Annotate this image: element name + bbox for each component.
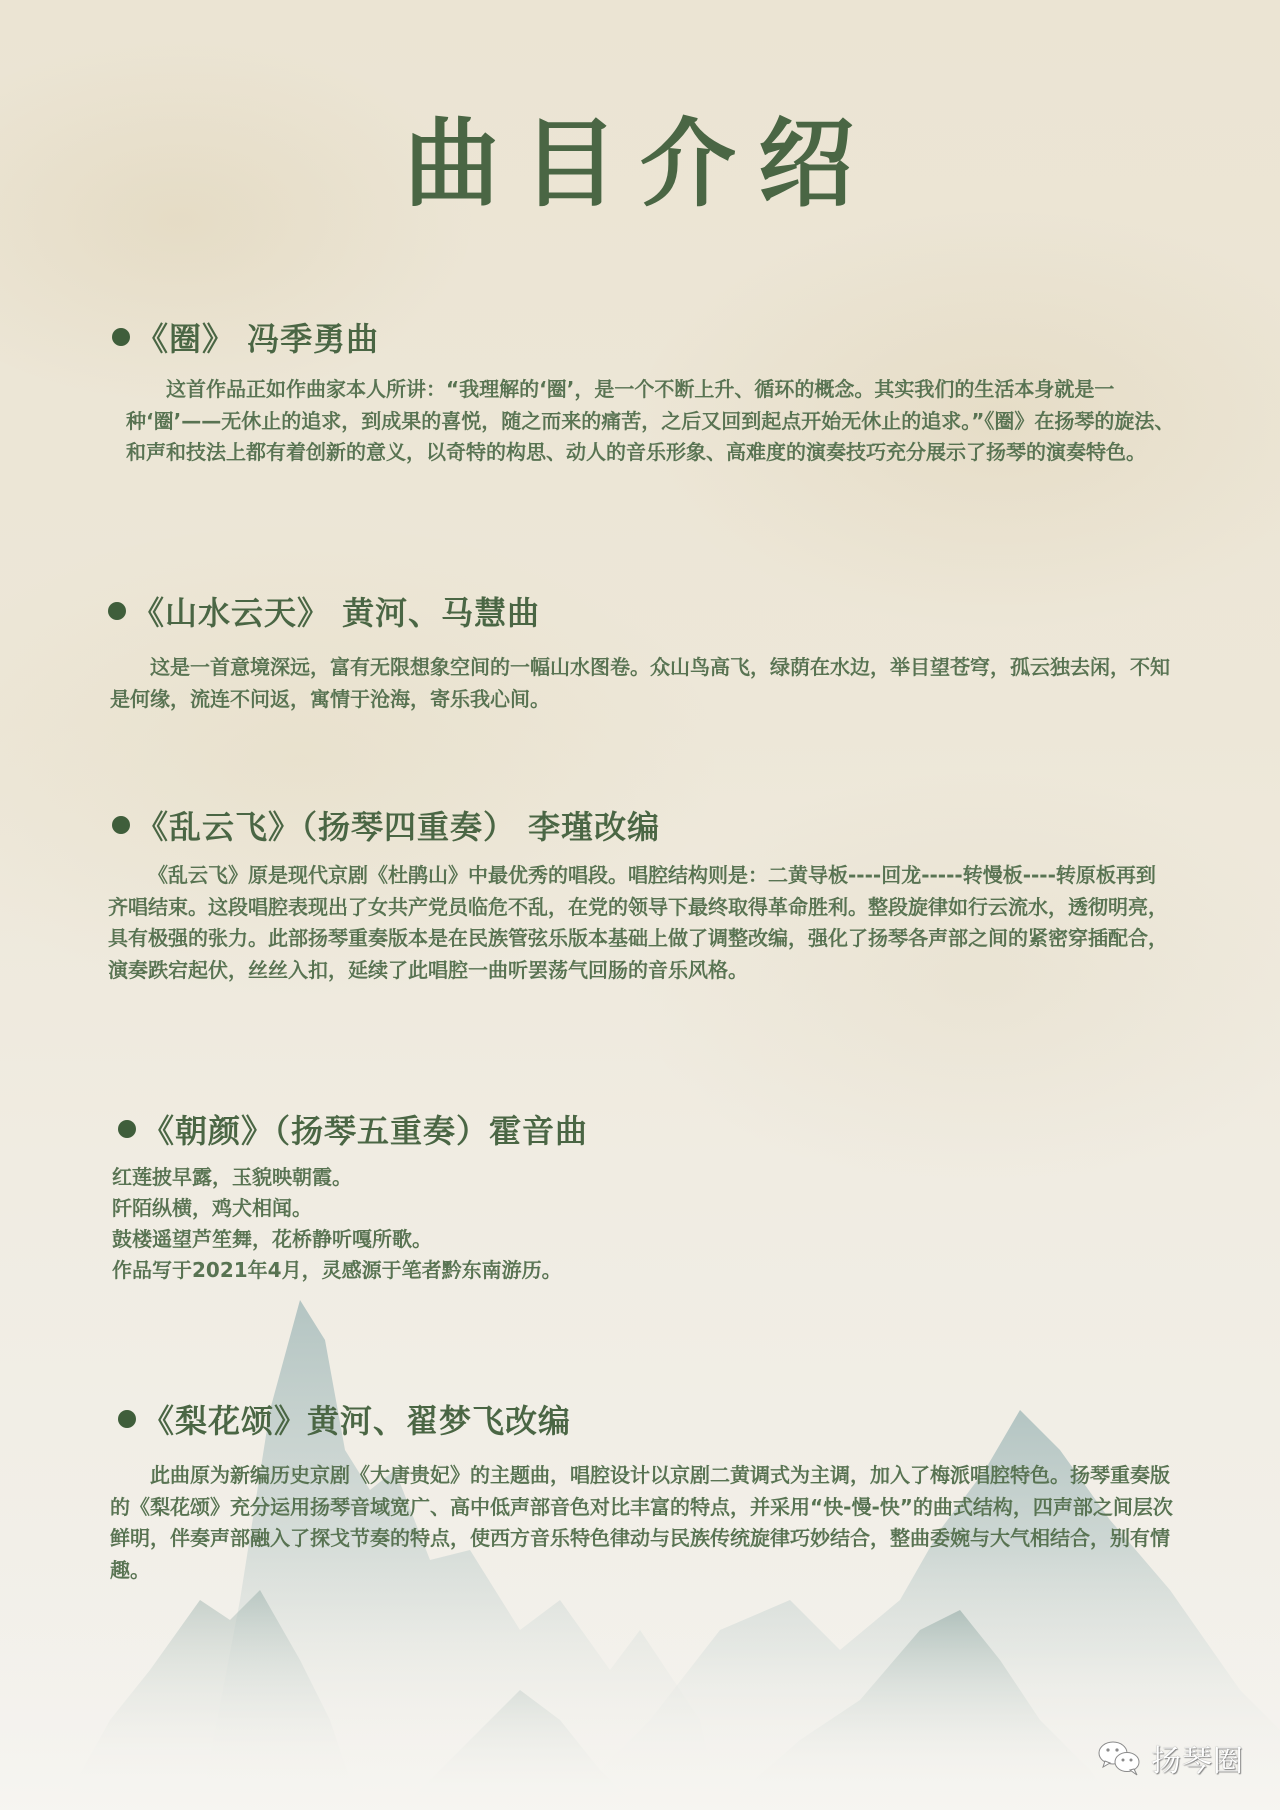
program-section-4: 《朝颜》（扬琴五重奏）霍音曲 红莲披早露，玉貌映朝霞。 阡陌纵横，鸡犬相闻。 鼓… — [118, 1106, 1158, 1286]
bullet-icon — [118, 1120, 136, 1138]
page-title: 曲目介绍 — [0, 88, 1280, 225]
program-section-1: 《圈》 冯季勇曲 这首作品正如作曲家本人所讲：“我理解的‘圈’，是一个不断上升、… — [112, 314, 1187, 469]
watermark-text: 扬琴圈 — [1151, 1736, 1244, 1780]
poem-line: 红莲披早露，玉貌映朝霞。 — [112, 1162, 1158, 1193]
section-heading: 《山水云天》 黄河、马慧曲 — [108, 588, 1178, 634]
section-body: 此曲原为新编历史京剧《大唐贵妃》的主题曲，唱腔设计以京剧二黄调式为主调，加入了梅… — [110, 1460, 1178, 1586]
section-body: 《乱云飞》原是现代京剧《杜鹃山》中最优秀的唱段。唱腔结构则是：二黄导板----回… — [108, 860, 1172, 986]
poem-line: 鼓楼遥望芦笙舞，花桥静听嘎所歌。 — [112, 1224, 1158, 1255]
section-heading-text: 《朝颜》（扬琴五重奏）霍音曲 — [142, 1106, 588, 1152]
section-heading: 《圈》 冯季勇曲 — [112, 314, 1187, 360]
section-heading: 《梨花颂》黄河、翟梦飞改编 — [118, 1396, 1178, 1442]
bullet-icon — [118, 1410, 136, 1428]
poem-line: 作品写于2021年4月，灵感源于笔者黔东南游历。 — [112, 1255, 1158, 1286]
bullet-icon — [112, 816, 130, 834]
section-heading: 《朝颜》（扬琴五重奏）霍音曲 — [118, 1106, 1158, 1152]
program-section-2: 《山水云天》 黄河、马慧曲 这是一首意境深远，富有无限想象空间的一幅山水图卷。众… — [108, 588, 1178, 715]
program-section-5: 《梨花颂》黄河、翟梦飞改编 此曲原为新编历史京剧《大唐贵妃》的主题曲，唱腔设计以… — [118, 1396, 1178, 1586]
section-paragraph: 《乱云飞》原是现代京剧《杜鹃山》中最优秀的唱段。唱腔结构则是：二黄导板----回… — [108, 860, 1172, 986]
section-body: 这首作品正如作曲家本人所讲：“我理解的‘圈’，是一个不断上升、循环的概念。其实我… — [112, 374, 1187, 469]
section-paragraph: 这是一首意境深远，富有无限想象空间的一幅山水图卷。众山鸟高飞，绿荫在水边，举目望… — [110, 652, 1178, 715]
program-section-3: 《乱云飞》（扬琴四重奏） 李瑾改编 《乱云飞》原是现代京剧《杜鹃山》中最优秀的唱… — [112, 802, 1172, 986]
account-watermark: 扬琴圈 — [1097, 1736, 1244, 1780]
section-body: 红莲披早露，玉貌映朝霞。 阡陌纵横，鸡犬相闻。 鼓楼遥望芦笙舞，花桥静听嘎所歌。… — [112, 1162, 1158, 1286]
program-notes-page: 曲目介绍 《圈》 冯季勇曲 这首作品正如作曲家本人所讲：“我理解的‘圈’，是一个… — [0, 0, 1280, 1810]
section-heading: 《乱云飞》（扬琴四重奏） 李瑾改编 — [112, 802, 1172, 848]
bullet-icon — [112, 328, 130, 346]
section-body: 这是一首意境深远，富有无限想象空间的一幅山水图卷。众山鸟高飞，绿荫在水边，举目望… — [108, 652, 1178, 715]
section-heading-text: 《梨花颂》黄河、翟梦飞改编 — [142, 1396, 571, 1442]
section-paragraph: 这首作品正如作曲家本人所讲：“我理解的‘圈’，是一个不断上升、循环的概念。其实我… — [126, 374, 1187, 469]
section-heading-text: 《圈》 冯季勇曲 — [136, 314, 379, 360]
poem-line: 阡陌纵横，鸡犬相闻。 — [112, 1193, 1158, 1224]
wechat-icon — [1097, 1739, 1143, 1777]
section-heading-text: 《乱云飞》（扬琴四重奏） 李瑾改编 — [136, 802, 660, 848]
bullet-icon — [108, 602, 126, 620]
section-heading-text: 《山水云天》 黄河、马慧曲 — [132, 588, 540, 634]
section-paragraph: 此曲原为新编历史京剧《大唐贵妃》的主题曲，唱腔设计以京剧二黄调式为主调，加入了梅… — [110, 1460, 1178, 1586]
